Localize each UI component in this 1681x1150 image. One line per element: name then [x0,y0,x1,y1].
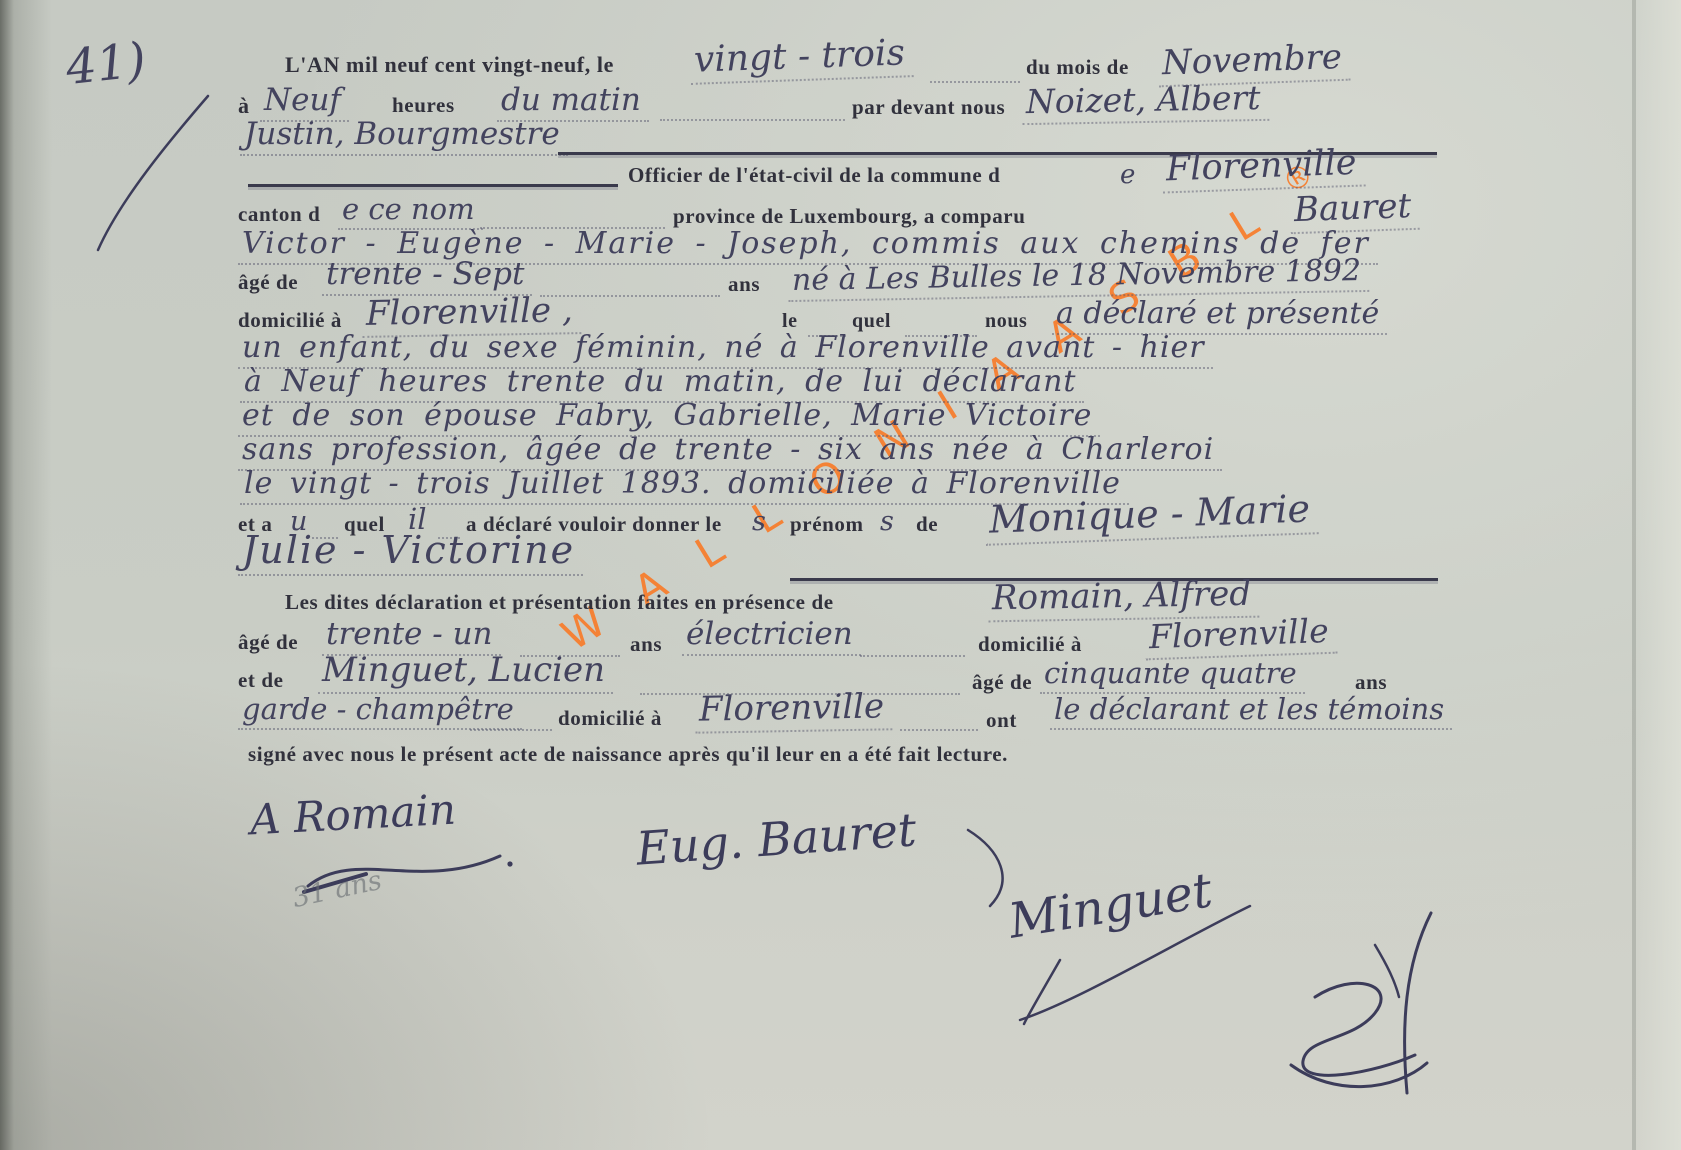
printed-month-label: du mois de [1026,55,1129,80]
entry-closing: le déclarant et les témoins [1050,692,1452,730]
entry-witness1-domicile: Florenville [1144,611,1337,661]
entry-witness1-job: électricien [682,616,861,656]
dotted-leader [860,654,965,657]
printed-years-label: ans [728,272,760,297]
signature-officer-flourish [1255,905,1465,1105]
printed-aged-label: âgé de [238,270,298,295]
printed-domiciled2-label: domicilié à [978,632,1082,657]
entry-firstnames2: Julie - Victorine [238,528,583,576]
printed-aged2-label: âgé de [238,630,298,655]
entry-witness2: Minguet, Lucien [318,650,613,694]
printed-domiciled3-label: domicilié à [558,706,662,731]
form-rule [248,184,618,187]
entry-witness2-domicile: Florenville [695,686,893,733]
scanned-birth-certificate: W A L L O N I A A S B L ® 41) L'AN mil n… [0,0,1681,1150]
entry-firstnames1: Monique - Marie [984,486,1319,546]
entry-day: vingt - trois [689,32,913,85]
entry-commune-e: e [1120,160,1135,190]
entry-s2: s [880,506,894,537]
page-edge-line [1632,0,1636,1150]
printed-before-us-label: par devant nous [852,95,1005,120]
act-number: 41) [63,32,148,96]
entry-witness2-job: garde - champêtre [238,692,522,730]
signature-witness2-flourish [1000,900,1260,1030]
signature-witness1: A Romain [249,785,457,845]
printed-civil-officer-label: Officier de l'état-civil de la commune d [628,163,1000,188]
entry-officer-name: Noizet, Albert [1022,78,1269,125]
entry-officer-title: Justin, Bourgmestre [240,116,568,156]
dotted-leader [930,80,1020,83]
printed-hours-label: heures [392,93,455,118]
printed-prenom-label: prénom [790,512,864,537]
dotted-leader [470,728,552,731]
printed-witness-intro-label: Les dites déclaration et présentation fa… [285,590,834,615]
entry-s1: s [752,506,766,537]
printed-years2-label: ans [630,632,662,657]
printed-canton-label: canton d [238,202,320,227]
entry-witness2-age: cinquante quatre [1040,656,1305,694]
entry-commune: Florenville [1161,142,1365,193]
margin-flourish-stroke [90,90,220,260]
printed-aged3-label: âgé de [972,670,1032,695]
signature-declarant: Eug. Bauret [634,802,918,875]
printed-year-label: L'AN mil neuf cent vingt-neuf, le [285,52,614,78]
entry-declarant-age: trente - Sept [322,256,532,296]
printed-et-de-label: et de [238,668,284,693]
entry-canton: e ce nom [338,192,483,230]
printed-signed-label: signé avec nous le présent acte de naiss… [248,742,1008,767]
dotted-leader [660,118,845,121]
dotted-leader [900,728,978,731]
printed-de-label: de [916,512,938,537]
printed-ont-label: ont [986,708,1017,733]
